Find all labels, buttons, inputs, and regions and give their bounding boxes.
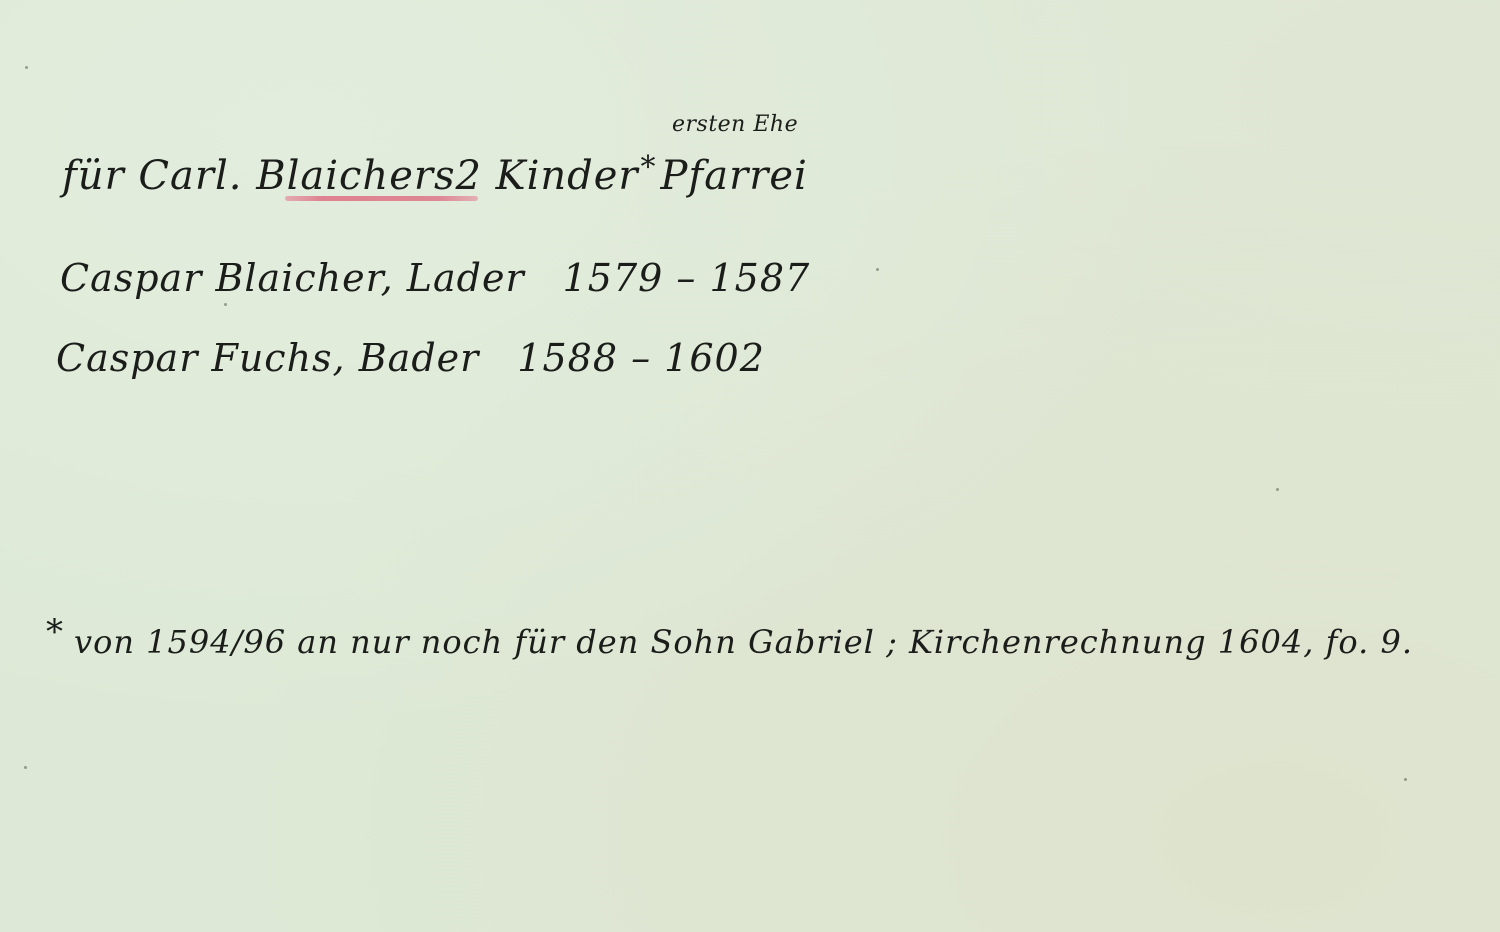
interlinear-insertion: ersten Ehe <box>672 112 798 137</box>
footnote-source: Kirchenrechnung 1604, fo. 9. <box>909 623 1413 661</box>
heading-surname: Blaichers <box>256 153 455 199</box>
entry-years: 1588 – 1602 <box>517 336 765 380</box>
entry-years: 1579 – 1587 <box>563 256 811 300</box>
heading-suffix: Pfarrei <box>661 153 808 199</box>
paper-speck <box>25 66 28 69</box>
heading-children: 2 Kinder <box>456 153 639 199</box>
footnote: *von 1594/96 an nur noch für den Sohn Ga… <box>46 612 1413 661</box>
entry-row: Caspar Blaicher, Lader1579 – 1587 <box>60 256 810 300</box>
footnote-marker-icon: * <box>641 150 657 185</box>
footnote-asterisk-icon: * <box>46 612 64 652</box>
paper-speck <box>1276 488 1279 491</box>
entry-name: Caspar Blaicher, <box>60 256 394 300</box>
heading-line: für Carl. Blaichers2 Kinder*Pfarrei <box>62 150 808 199</box>
entry-occupation: Bader <box>359 336 480 380</box>
paper-speck <box>876 268 879 271</box>
heading-prefix: für Carl. <box>62 153 242 199</box>
footnote-text: von 1594/96 an nur noch für den Sohn Gab… <box>74 623 898 661</box>
paper-speck <box>24 766 27 769</box>
paper-speck <box>224 303 227 306</box>
paper-speck <box>1404 778 1407 781</box>
red-pencil-underline <box>285 196 478 201</box>
entry-row: Caspar Fuchs, Bader1588 – 1602 <box>56 336 765 380</box>
index-card: ersten Ehe für Carl. Blaichers2 Kinder*P… <box>0 0 1500 932</box>
entry-occupation: Lader <box>407 256 525 300</box>
entry-name: Caspar Fuchs, <box>56 336 346 380</box>
